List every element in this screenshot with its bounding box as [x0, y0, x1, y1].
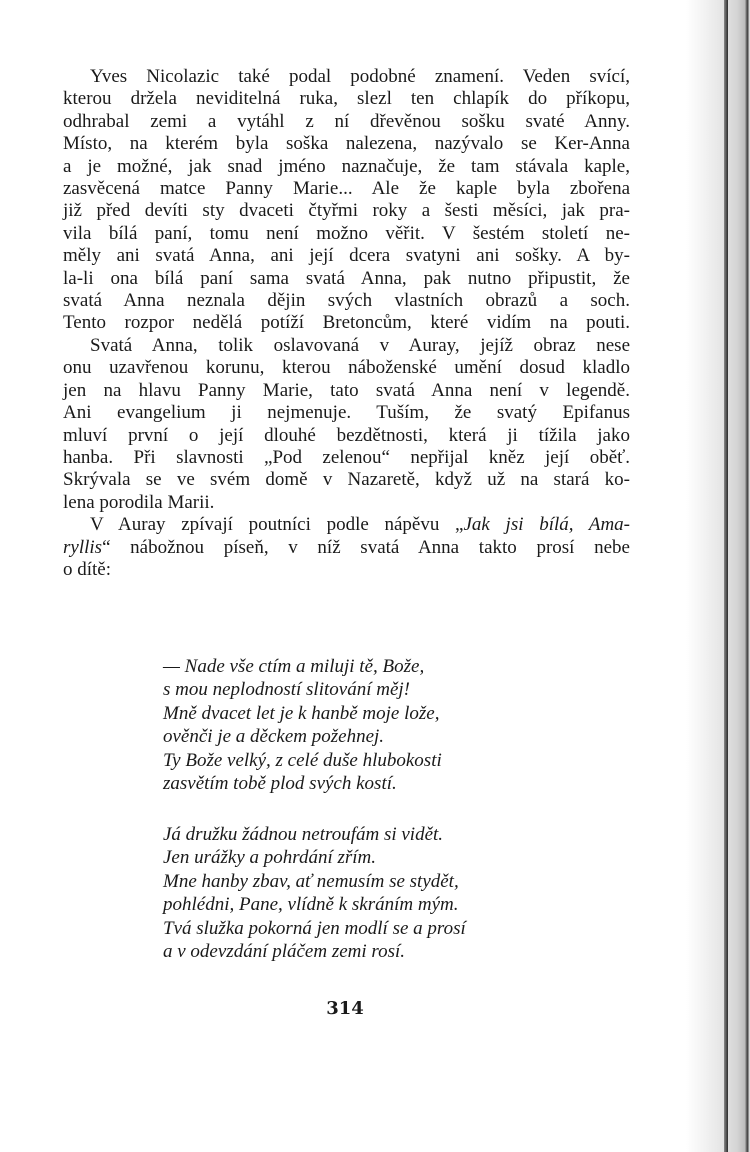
text-line: ryllis“ nábožnou píseň, v níž svatá Anna…: [63, 537, 630, 559]
text-line: již před devíti sty dvaceti čtyřmi roky …: [63, 200, 630, 222]
page-edge-line: [724, 0, 728, 1152]
poem-line: Jen urážky a pohrdání zřím.: [163, 846, 543, 869]
poem-line: Ty Bože velký, z celé duše hlubokosti: [163, 749, 543, 772]
poem-line: Tvá služka pokorná jen modlí se a prosí: [163, 917, 543, 940]
text-line: odhrabal zemi a vytáhl z ní dřevěnou soš…: [63, 111, 630, 133]
text-line: hanba. Při slavnosti „Pod zelenou“ nepři…: [63, 447, 630, 469]
song-title-italic: Jak jsi bílá, Ama-: [463, 514, 630, 535]
poem-line: — Nade vše ctím a miluji tě, Bože,: [163, 655, 543, 678]
text-line: lena porodila Marii.: [63, 492, 630, 514]
poem-stanza-1: — Nade vše ctím a miluji tě, Bože, s mou…: [163, 655, 543, 795]
poem-line: Mně dvacet let je k hanbě moje lože,: [163, 702, 543, 725]
text-line: V Auray zpívají poutníci podle nápěvu „J…: [63, 514, 630, 536]
poem-line: a v odevzdání pláčem zemi rosí.: [163, 940, 543, 963]
text-line: svatá Anna neznala dějin svých vlastních…: [63, 290, 630, 312]
text-line: Svatá Anna, tolik oslavovaná v Auray, je…: [63, 335, 630, 357]
text-line: Tento rozpor nedělá potíží Bretoncům, kt…: [63, 312, 630, 334]
text-line: vila bílá paní, tomu není možno věřit. V…: [63, 223, 630, 245]
book-page: Yves Nicolazic také podal podobné znamen…: [0, 0, 750, 1152]
text-line: Yves Nicolazic také podal podobné znamen…: [63, 66, 630, 88]
text-line: zasvěcená matce Panny Marie... Ale že ka…: [63, 178, 630, 200]
poem-line: s mou neplodností slitování měj!: [163, 678, 543, 701]
text-run: “ nábožnou píseň, v níž svatá Anna takto…: [102, 537, 630, 558]
text-line: mluví první o její dlouhé bezdětnosti, k…: [63, 425, 630, 447]
page-number: 314: [0, 998, 690, 1019]
text-line: Skrývala se ve svém domě v Nazaretě, kdy…: [63, 469, 630, 491]
text-line: a je možné, jak snad jméno naznačuje, že…: [63, 156, 630, 178]
poem-stanza-2: Já družku žádnou netroufám si vidět. Jen…: [163, 823, 543, 963]
page-gutter-shadow: [686, 0, 750, 1152]
text-line: Ani evangelium ji nejmenuje. Tuším, že s…: [63, 402, 630, 424]
song-title-italic: ryllis: [63, 537, 102, 558]
poem-line: Já družku žádnou netroufám si vidět.: [163, 823, 543, 846]
body-text: Yves Nicolazic také podal podobné znamen…: [63, 66, 630, 581]
poem-line: pohlédni, Pane, vlídně k skráním mým.: [163, 893, 543, 916]
text-line: Místo, na kterém byla soška nalezena, na…: [63, 133, 630, 155]
text-line: la-li ona bílá paní sama svatá Anna, pak…: [63, 268, 630, 290]
poem-line: ověnči je a děckem požehnej.: [163, 725, 543, 748]
poem-line: zasvětím tobě plod svých kostí.: [163, 772, 543, 795]
text-run: V Auray zpívají poutníci podle nápěvu „: [90, 514, 463, 535]
text-line: měly ani svatá Anna, ani její dcera svat…: [63, 245, 630, 267]
poem-line: Mne hanby zbav, ať nemusím se stydět,: [163, 870, 543, 893]
text-line: onu uzavřenou korunu, kterou náboženské …: [63, 357, 630, 379]
text-line: kterou držela neviditelná ruka, slezl te…: [63, 88, 630, 110]
text-line: o dítě:: [63, 559, 630, 581]
text-line: jen na hlavu Panny Marie, tato svatá Ann…: [63, 380, 630, 402]
